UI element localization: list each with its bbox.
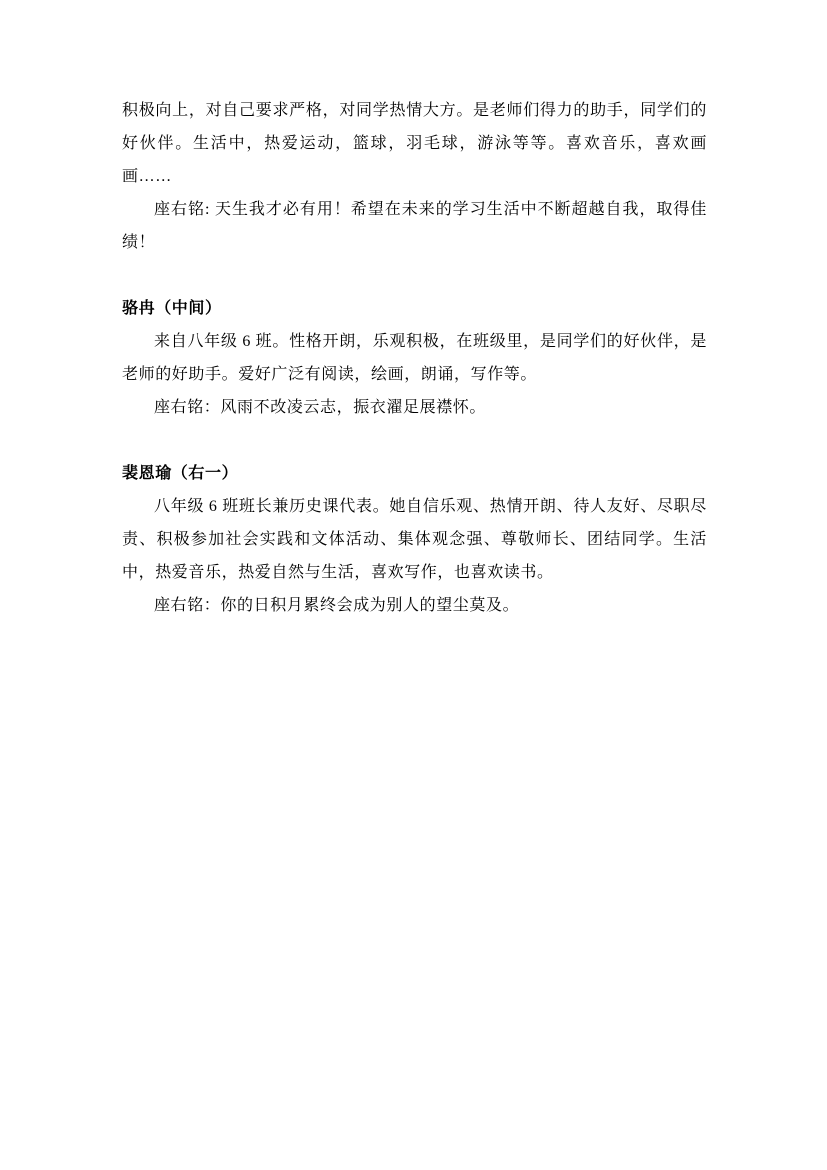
section-heading-luoran: 骆冉（中间） [122,292,707,325]
text-content: 积极向上，对自己要求严格，对同学热情大方。是老师们得力的助手，同学们的好伙伴。生… [122,94,707,622]
section-heading-peienyu: 裴恩瑜（右一） [122,457,707,490]
intro-body-paragraph: 积极向上，对自己要求严格，对同学热情大方。是老师们得力的助手，同学们的好伙伴。生… [122,94,707,193]
section-body-peienyu: 八年级 6 班班长兼历史课代表。她自信乐观、热情开朗、待人友好、尽职尽责、积极参… [122,490,707,589]
section-motto-peienyu: 座右铭：你的日积月累终会成为别人的望尘莫及。 [122,589,707,622]
document-page: 积极向上，对自己要求严格，对同学热情大方。是老师们得力的助手，同学们的好伙伴。生… [0,0,827,1170]
intro-motto-paragraph: 座右铭: 天生我才必有用！希望在未来的学习生活中不断超越自我，取得佳绩！ [122,193,707,259]
section-motto-luoran: 座右铭：风雨不改凌云志，振衣濯足展襟怀。 [122,391,707,424]
section-body-luoran: 来自八年级 6 班。性格开朗，乐观积极，在班级里，是同学们的好伙伴，是老师的好助… [122,325,707,391]
